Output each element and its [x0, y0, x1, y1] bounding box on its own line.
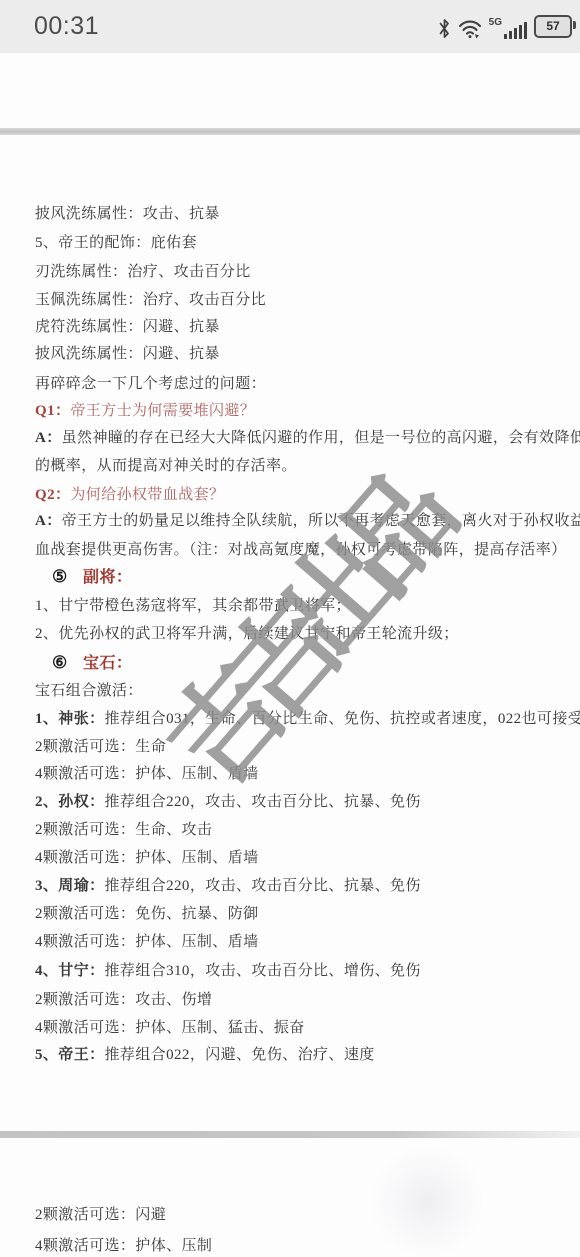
- doc-text-segment: [68, 570, 83, 586]
- doc-text-segment: 2颗激活可选：生命: [35, 739, 166, 755]
- doc-line: 2颗激活可选：免伤、抗暴、防御: [35, 905, 259, 924]
- doc-text-segment: 1、甘宁带橙色荡寇将军，其余都带武卫将军；: [35, 598, 351, 614]
- doc-text-segment: ⑤: [52, 567, 68, 586]
- doc-line: 2颗激活可选：闪避: [35, 1206, 166, 1225]
- doc-line: 2、孙权：推荐组合220，攻击、攻击百分比、抗暴、免伤: [35, 793, 421, 812]
- doc-text-segment: 5、帝王的配饰：庇佑套: [35, 235, 197, 251]
- doc-line: 4颗激活可选：护体、压制: [35, 1237, 212, 1256]
- page-separator-top: [0, 128, 580, 135]
- doc-text-segment: 帝王方士的奶量足以维持全队续航，所以不再考虑天愈套，离火对于孙权收益不高。所以考…: [62, 513, 580, 529]
- doc-line: 1、甘宁带橙色荡寇将军，其余都带武卫将军；: [35, 597, 351, 616]
- doc-text-segment: 推荐组合220，攻击、攻击百分比、抗暴、免伤: [105, 794, 421, 810]
- floating-button-ghost[interactable]: [368, 1148, 486, 1256]
- doc-text-segment: 虽然神瞳的存在已经大大降低闪避的作用，但是一号位的高闪避，会有效降低帝王方士被挂…: [62, 430, 580, 446]
- doc-text-segment: 再碎碎念一下几个考虑过的问题：: [35, 376, 266, 392]
- doc-text-segment: [68, 656, 83, 672]
- doc-text-segment: 4颗激活可选：护体、压制、盾墙: [35, 934, 259, 950]
- doc-text-segment: 推荐组合031，生命、百分比生命、免伤、抗控或者速度，022也可接受: [105, 711, 580, 727]
- doc-text-segment: 宝石组合激活：: [35, 683, 143, 699]
- doc-text-segment: A：: [35, 513, 62, 529]
- doc-line: 4颗激活可选：护体、压制、盾墙: [35, 933, 259, 952]
- doc-text-segment: Q2：: [35, 487, 70, 503]
- doc-line: 再碎碎念一下几个考虑过的问题：: [35, 375, 266, 394]
- doc-text-segment: A：: [35, 430, 62, 446]
- doc-line: ⑤ 副将：: [52, 567, 132, 588]
- doc-text-segment: 5、帝王：: [35, 1047, 105, 1063]
- doc-line: 2颗激活可选：生命: [35, 738, 166, 757]
- doc-line: 1、神张：推荐组合031，生命、百分比生命、免伤、抗控或者速度，022也可接受: [35, 710, 580, 729]
- doc-text-segment: 为何给孙权带血战套？: [70, 487, 224, 503]
- doc-text-segment: 推荐组合310，攻击、攻击百分比、增伤、免伤: [105, 963, 421, 979]
- doc-text-segment: 推荐组合220，攻击、攻击百分比、抗暴、免伤: [105, 878, 421, 894]
- doc-text-segment: 虎符洗练属性：闪避、抗暴: [35, 319, 220, 335]
- doc-text-segment: 宝石：: [83, 655, 132, 672]
- doc-text-segment: 2颗激活可选：免伤、抗暴、防御: [35, 906, 259, 922]
- doc-text-segment: 推荐组合022，闪避、免伤、治疗、速度: [105, 1047, 375, 1063]
- doc-line: 4颗激活可选：护体、压制、盾墙: [35, 849, 259, 868]
- doc-line: 4、甘宁：推荐组合310，攻击、攻击百分比、增伤、免伤: [35, 962, 421, 981]
- doc-line: 3、周瑜：推荐组合220，攻击、攻击百分比、抗暴、免伤: [35, 877, 421, 896]
- doc-text-segment: 帝王方士为何需要堆闪避？: [70, 403, 255, 419]
- page-separator-bottom: [0, 1131, 580, 1138]
- doc-line: 5、帝王：推荐组合022，闪避、免伤、治疗、速度: [35, 1046, 375, 1065]
- doc-text-segment: 4颗激活可选：护体、压制、盾墙: [35, 850, 259, 866]
- document-page: 披风洗练属性：攻击、抗暴5、帝王的配饰：庇佑套刃洗练属性：治疗、攻击百分比玉佩洗…: [0, 0, 580, 1257]
- doc-text-segment: 4颗激活可选：护体、压制、猛击、振奋: [35, 1020, 305, 1036]
- doc-line: A：虽然神瞳的存在已经大大降低闪避的作用，但是一号位的高闪避，会有效降低帝王方士…: [35, 429, 580, 448]
- doc-line: Q1：帝王方士为何需要堆闪避？: [35, 402, 255, 421]
- doc-text-segment: 刃洗练属性：治疗、攻击百分比: [35, 264, 251, 280]
- doc-line: ⑥ 宝石：: [52, 653, 132, 674]
- doc-text-segment: ⑥: [52, 653, 68, 672]
- doc-line: 血战套提供更高伤害。（注：对战高氪度魔，孙权可考虑带陷阵，提高存活率）: [35, 541, 567, 560]
- doc-line: 的概率，从而提高对神关时的存活率。: [35, 457, 297, 476]
- doc-line: 刃洗练属性：治疗、攻击百分比: [35, 263, 251, 282]
- doc-text-segment: 3、周瑜：: [35, 878, 105, 894]
- doc-line: 宝石组合激活：: [35, 682, 143, 701]
- doc-text-segment: 4、甘宁：: [35, 963, 105, 979]
- doc-text-segment: Q1：: [35, 403, 70, 419]
- doc-text-segment: 披风洗练属性：攻击、抗暴: [35, 206, 220, 222]
- doc-text-segment: 1、神张：: [35, 711, 105, 727]
- doc-line: 虎符洗练属性：闪避、抗暴: [35, 318, 220, 337]
- doc-text-segment: 2、孙权：: [35, 794, 105, 810]
- doc-line: 披风洗练属性：闪避、抗暴: [35, 345, 220, 364]
- doc-text-segment: 2颗激活可选：攻击、伤增: [35, 992, 212, 1008]
- doc-text-segment: 2颗激活可选：闪避: [35, 1207, 166, 1223]
- doc-line: 2颗激活可选：生命、攻击: [35, 821, 212, 840]
- doc-line: 4颗激活可选：护体、压制、猛击、振奋: [35, 1019, 305, 1038]
- doc-line: 2、优先孙权的武卫将军升满，后续建议甘宁和帝王轮流升级；: [35, 625, 459, 644]
- doc-text-segment: 副将：: [83, 569, 132, 586]
- doc-text-segment: 2、优先孙权的武卫将军升满，后续建议甘宁和帝王轮流升级；: [35, 626, 459, 642]
- doc-text-segment: 披风洗练属性：闪避、抗暴: [35, 346, 220, 362]
- doc-text-segment: 2颗激活可选：生命、攻击: [35, 822, 212, 838]
- doc-line: Q2：为何给孙权带血战套？: [35, 486, 224, 505]
- doc-text-segment: 4颗激活可选：护体、压制、盾墙: [35, 766, 259, 782]
- doc-text-segment: 4颗激活可选：护体、压制: [35, 1238, 212, 1254]
- doc-text-segment: 的概率，从而提高对神关时的存活率。: [35, 458, 297, 474]
- doc-text-segment: 血战套提供更高伤害。（注：对战高氪度魔，孙权可考虑带陷阵，提高存活率）: [35, 542, 567, 558]
- doc-line: 披风洗练属性：攻击、抗暴: [35, 205, 220, 224]
- doc-line: 2颗激活可选：攻击、伤增: [35, 991, 212, 1010]
- doc-line: 5、帝王的配饰：庇佑套: [35, 234, 197, 253]
- doc-line: 4颗激活可选：护体、压制、盾墙: [35, 765, 259, 784]
- doc-line: A：帝王方士的奶量足以维持全队续航，所以不再考虑天愈套，离火对于孙权收益不高。所…: [35, 512, 580, 531]
- doc-line: 玉佩洗练属性：治疗、攻击百分比: [35, 291, 266, 310]
- doc-text-segment: 玉佩洗练属性：治疗、攻击百分比: [35, 292, 266, 308]
